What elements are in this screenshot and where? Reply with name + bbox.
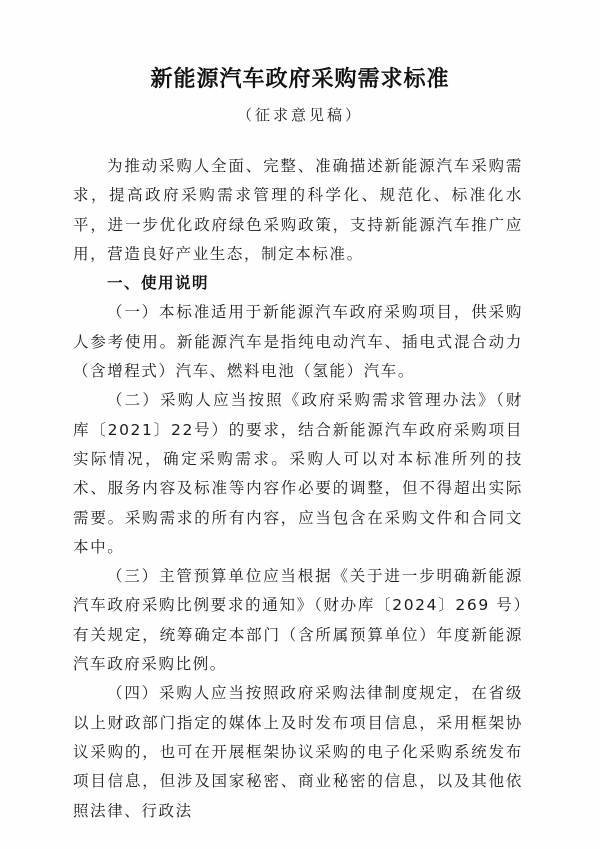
document-subtitle: （征求意见稿） bbox=[0, 104, 600, 125]
paragraph-item-3: （三）主管预算单位应当根据《关于进一步明确新能源汽车政府采购比例要求的通知》（财… bbox=[73, 562, 523, 679]
intro-paragraph: 为推动采购人全面、完整、准确描述新能源汽车采购需求，提高政府采购需求管理的科学化… bbox=[73, 152, 523, 269]
paragraph-item-4: （四）采购人应当按照政府采购法律制度规定，在省级以上财政部门指定的媒体上及时发布… bbox=[73, 679, 523, 825]
section-heading-usage: 一、使用说明 bbox=[73, 269, 523, 298]
document-body: 为推动采购人全面、完整、准确描述新能源汽车采购需求，提高政府采购需求管理的科学化… bbox=[73, 152, 523, 826]
document-page: 新能源汽车政府采购需求标准 （征求意见稿） 为推动采购人全面、完整、准确描述新能… bbox=[0, 0, 600, 849]
paragraph-item-2: （二）采购人应当按照《政府采购需求管理办法》（财库〔2021〕22号）的要求，结… bbox=[73, 386, 523, 562]
paragraph-item-1: （一）本标准适用于新能源汽车政府采购项目，供采购人参考使用。新能源汽车是指纯电动… bbox=[73, 298, 523, 386]
document-title: 新能源汽车政府采购需求标准 bbox=[0, 62, 600, 93]
